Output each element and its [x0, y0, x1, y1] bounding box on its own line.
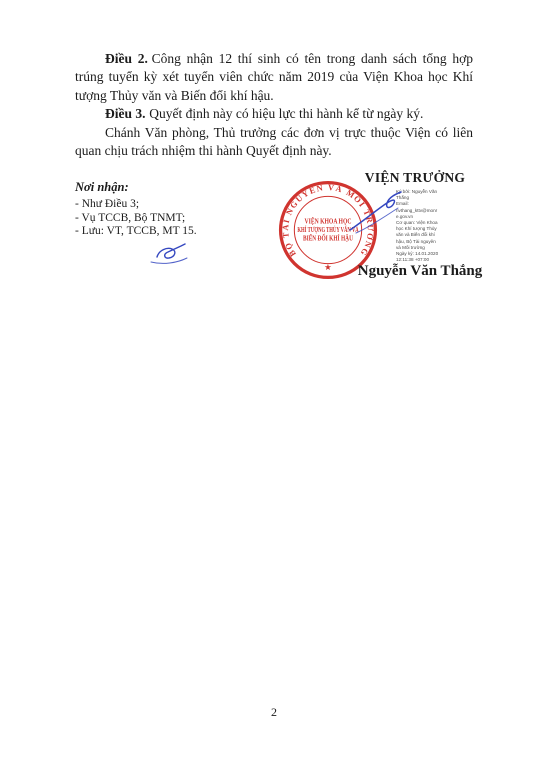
closing-text: Chánh Văn phòng, Thủ trưởng các đơn vị t… [75, 125, 473, 158]
dieu-2-label: Điều 2. [105, 51, 152, 66]
page-number: 2 [75, 705, 473, 720]
pen-initials-mark [147, 241, 199, 267]
recipients-block: Nơi nhận: - Như Điều 3; - Vụ TCCB, Bộ TN… [75, 180, 255, 239]
signer-name: Nguyễn Văn Thắng [315, 263, 525, 280]
paragraph-closing: Chánh Văn phòng, Thủ trưởng các đơn vị t… [75, 124, 473, 161]
document-body: Điều 2.Công nhận 12 thí sinh có tên tron… [75, 50, 473, 160]
dieu-3-text: Quyết định này có hiệu lực thi hành kể t… [149, 106, 423, 121]
recipients-item: - Lưu: VT, TCCB, MT 15. [75, 225, 255, 239]
recipients-list: - Như Điều 3; - Vụ TCCB, Bộ TNMT; - Lưu:… [75, 198, 255, 239]
dieu-3-label: Điều 3. [105, 106, 149, 121]
recipients-item: - Vụ TCCB, Bộ TNMT; [75, 212, 255, 226]
document-page: Điều 2.Công nhận 12 thí sinh có tên tron… [0, 0, 542, 768]
paragraph-dieu-2: Điều 2.Công nhận 12 thí sinh có tên tron… [75, 50, 473, 105]
recipients-heading: Nơi nhận: [75, 180, 255, 195]
pen-signature-mark [344, 186, 406, 238]
paragraph-dieu-3: Điều 3.Quyết định này có hiệu lực thi hà… [75, 105, 473, 123]
recipients-item: - Như Điều 3; [75, 198, 255, 212]
